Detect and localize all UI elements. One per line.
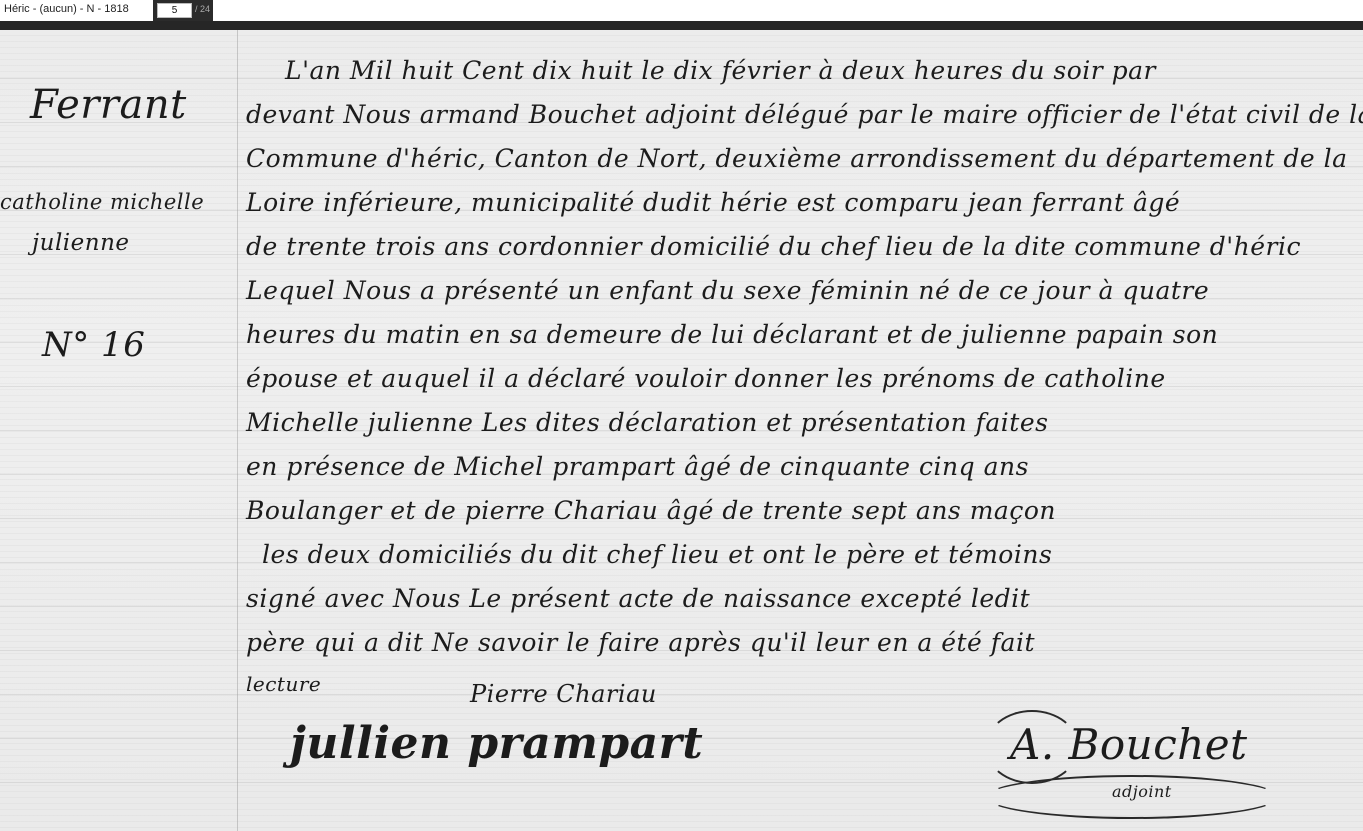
margin-given-names: catholine michelle: [0, 190, 204, 214]
page-navigator: / 24: [153, 0, 213, 21]
body-line: lecture: [246, 672, 321, 696]
body-line: les deux domiciliés du dit chef lieu et …: [262, 540, 1052, 569]
body-line: père qui a dit Ne savoir le faire après …: [246, 628, 1035, 657]
signature-flourish: [985, 710, 1079, 784]
margin-surname: Ferrant: [30, 82, 187, 128]
ruled-line: [0, 694, 1363, 695]
body-line: épouse et auquel il a déclaré vouloir do…: [246, 364, 1166, 393]
margin-record-number: N° 16: [42, 325, 145, 365]
body-line: Loire inférieure, municipalité dudit hér…: [246, 188, 1180, 217]
margin-given-names-2: julienne: [32, 230, 130, 256]
body-line: L'an Mil huit Cent dix huit le dix févri…: [285, 56, 1156, 85]
title-bar: Héric - (aucun) - N - 1818 / 24: [0, 0, 1363, 21]
body-line: en présence de Michel prampart âgé de ci…: [246, 452, 1029, 481]
body-line: devant Nous armand Bouchet adjoint délég…: [246, 100, 1363, 129]
body-line: Commune d'héric, Canton de Nort, deuxièm…: [246, 144, 1348, 173]
body-line: heures du matin en sa demeure de lui déc…: [246, 320, 1218, 349]
body-line: signé avec Nous Le présent acte de naiss…: [246, 584, 1030, 613]
signature-jullien-prampart: jullien prampart: [290, 718, 703, 769]
page-total: / 24: [195, 4, 210, 14]
document-image-viewer[interactable]: Ferrant catholine michelle julienne N° 1…: [0, 30, 1363, 831]
body-line: de trente trois ans cordonnier domicilié…: [246, 232, 1301, 261]
body-line: Michelle julienne Les dites déclaration …: [246, 408, 1048, 437]
toolbar-strip: [0, 21, 1363, 30]
signature-pierre-chariau: Pierre Chariau: [470, 680, 657, 708]
body-line: Boulanger et de pierre Chariau âgé de tr…: [246, 496, 1056, 525]
document-title: Héric - (aucun) - N - 1818: [4, 3, 129, 15]
signature-flourish: [985, 775, 1279, 819]
page-margin-line: [237, 30, 238, 831]
body-line: Lequel Nous a présenté un enfant du sexe…: [246, 276, 1209, 305]
page-number-input[interactable]: [157, 3, 192, 18]
